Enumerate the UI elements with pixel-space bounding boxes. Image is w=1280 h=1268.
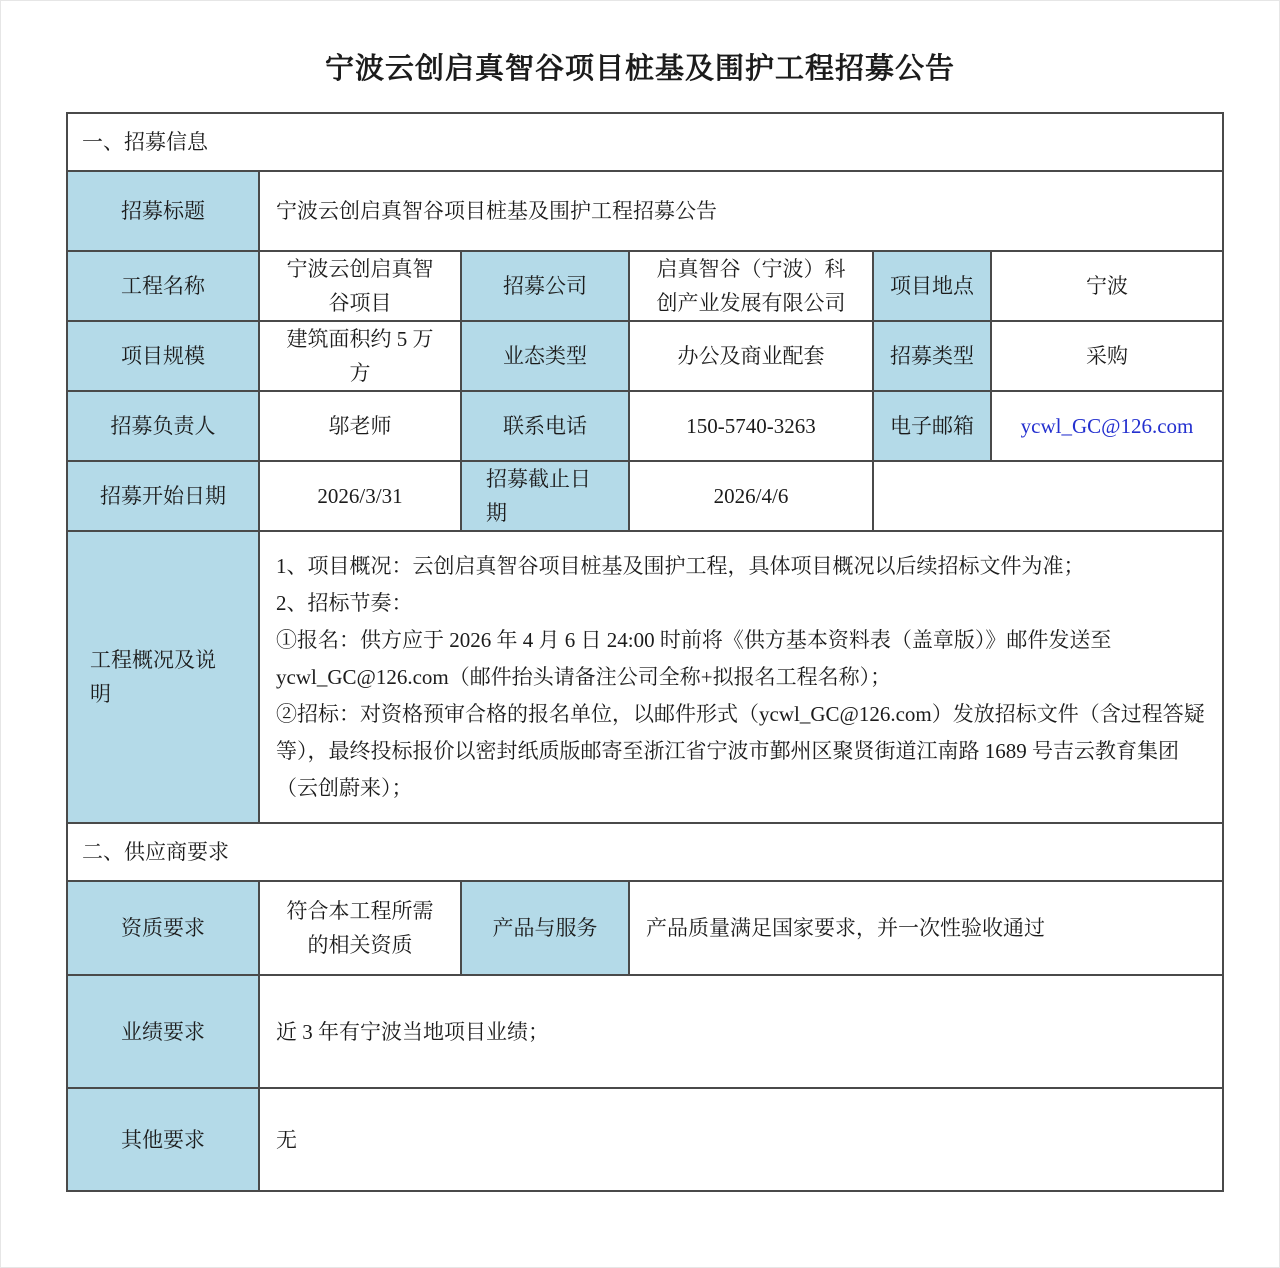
email-link[interactable]: ycwl_GC@126.com [1021,414,1194,438]
start-date-label: 招募开始日期 [67,461,259,531]
section-row-info: 一、招募信息 [67,113,1223,171]
start-date-value: 2026/3/31 [259,461,461,531]
table-row: 资质要求 符合本工程所需的相关资质 产品与服务 产品质量满足国家要求，并一次性验… [67,881,1223,975]
contact-phone-label: 联系电话 [461,391,629,461]
other-value: 无 [259,1088,1223,1191]
recruit-manager-value: 邬老师 [259,391,461,461]
section-heading-info: 一、招募信息 [67,113,1223,171]
announcement-table: 一、招募信息 招募标题 宁波云创启真智谷项目桩基及围护工程招募公告 工程名称 宁… [66,112,1224,1192]
business-type-value: 办公及商业配套 [629,321,873,391]
project-location-label: 项目地点 [873,251,991,321]
empty-cell [873,461,1223,531]
other-label: 其他要求 [67,1088,259,1191]
project-scale-label: 项目规模 [67,321,259,391]
end-date-label: 招募截止日期 [461,461,629,531]
qualification-label: 资质要求 [67,881,259,975]
performance-label: 业绩要求 [67,975,259,1088]
table-row: 工程概况及说明 1、项目概况：云创启真智谷项目桩基及围护工程，具体项目概况以后续… [67,531,1223,823]
qualification-value: 符合本工程所需的相关资质 [259,881,461,975]
table-row: 招募负责人 邬老师 联系电话 150-5740-3263 电子邮箱 ycwl_G… [67,391,1223,461]
end-date-value: 2026/4/6 [629,461,873,531]
recruit-type-value: 采购 [991,321,1223,391]
recruit-title-label: 招募标题 [67,171,259,251]
overview-label: 工程概况及说明 [67,531,259,823]
recruit-title-value: 宁波云创启真智谷项目桩基及围护工程招募公告 [259,171,1223,251]
project-scale-value: 建筑面积约 5 万方 [259,321,461,391]
recruit-company-label: 招募公司 [461,251,629,321]
table-row: 工程名称 宁波云创启真智谷项目 招募公司 启真智谷（宁波）科创产业发展有限公司 … [67,251,1223,321]
email-label: 电子邮箱 [873,391,991,461]
table-row: 项目规模 建筑面积约 5 万方 业态类型 办公及商业配套 招募类型 采购 [67,321,1223,391]
table-row: 其他要求 无 [67,1088,1223,1191]
recruit-manager-label: 招募负责人 [67,391,259,461]
recruit-company-value: 启真智谷（宁波）科创产业发展有限公司 [629,251,873,321]
page-title: 宁波云创启真智谷项目桩基及围护工程招募公告 [0,0,1280,88]
email-cell: ycwl_GC@126.com [991,391,1223,461]
project-location-value: 宁波 [991,251,1223,321]
project-name-value: 宁波云创启真智谷项目 [259,251,461,321]
project-name-label: 工程名称 [67,251,259,321]
table-row: 招募标题 宁波云创启真智谷项目桩基及围护工程招募公告 [67,171,1223,251]
product-service-value: 产品质量满足国家要求，并一次性验收通过 [629,881,1223,975]
table-row: 业绩要求 近 3 年有宁波当地项目业绩； [67,975,1223,1088]
business-type-label: 业态类型 [461,321,629,391]
contact-phone-value: 150-5740-3263 [629,391,873,461]
section-heading-supplier: 二、供应商要求 [67,823,1223,881]
product-service-label: 产品与服务 [461,881,629,975]
table-row: 招募开始日期 2026/3/31 招募截止日期 2026/4/6 [67,461,1223,531]
section-row-supplier: 二、供应商要求 [67,823,1223,881]
recruit-type-label: 招募类型 [873,321,991,391]
performance-value: 近 3 年有宁波当地项目业绩； [259,975,1223,1088]
overview-content: 1、项目概况：云创启真智谷项目桩基及围护工程，具体项目概况以后续招标文件为准；2… [259,531,1223,823]
